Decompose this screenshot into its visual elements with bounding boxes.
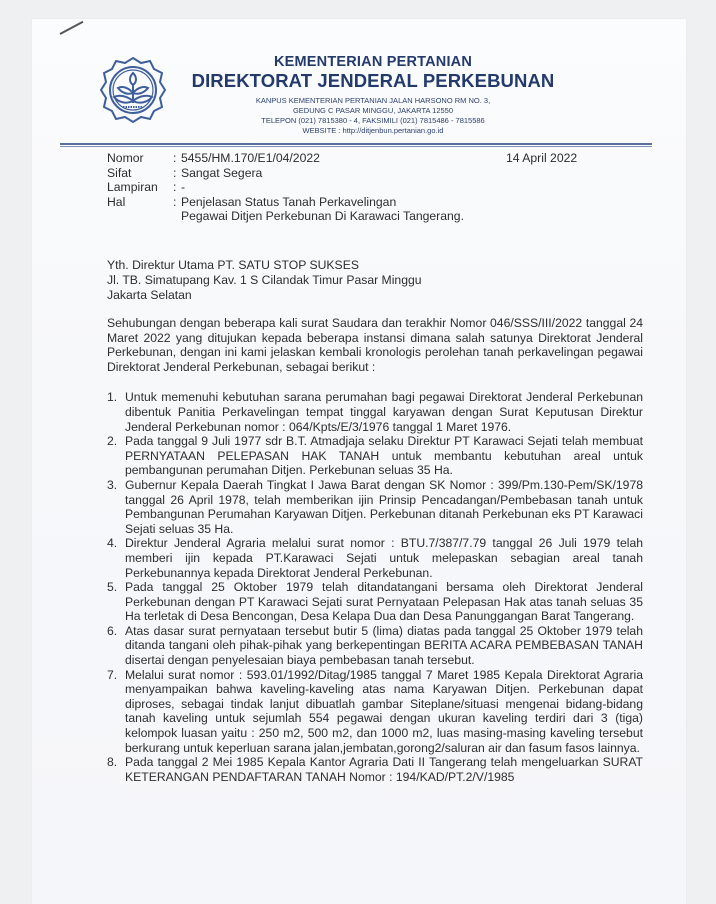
item-number: 3. <box>107 478 125 536</box>
item-text: Direktur Jenderal Agraria melalui surat … <box>125 536 643 580</box>
item-text: Pada tanggal 2 Mei 1985 Kepala Kantor Ag… <box>125 755 643 784</box>
list-item: 2.Pada tanggal 9 Juli 1977 sdr B.T. Atma… <box>107 434 643 478</box>
list-item: 8.Pada tanggal 2 Mei 1985 Kepala Kantor … <box>107 755 643 784</box>
item-number: 6. <box>107 624 125 668</box>
item-text: Melalui surat nomor : 593.01/1992/Ditag/… <box>125 668 643 756</box>
item-number: 1. <box>107 390 125 434</box>
letter-meta: Nomor:5455/HM.170/E1/04/2022 Sifat:Sanga… <box>107 151 464 224</box>
ministry-emblem-icon <box>98 55 168 125</box>
item-text: Atas dasar surat pernyataan tersebut but… <box>125 624 643 668</box>
item-number: 7. <box>107 668 125 756</box>
addressee-block: Yth. Direktur Utama PT. SATU STOP SUKSES… <box>107 258 422 303</box>
hal-value: Penjelasan Status Tanah Perkavelingan <box>181 195 396 210</box>
list-item: 1.Untuk memenuhi kebutuhan sarana peruma… <box>107 390 643 434</box>
address-line: GEDUNG C PASAR MINGGU, JAKARTA 12550 <box>190 106 556 116</box>
intro-paragraph: Sehubungan dengan beberapa kali surat Sa… <box>107 316 643 374</box>
item-number: 4. <box>107 536 125 580</box>
phone-line: TELEPON (021) 7815380 - 4, FAKSIMILI (02… <box>190 116 556 126</box>
lampiran-label: Lampiran <box>107 180 173 195</box>
hal-value-cont: Pegawai Ditjen Perkebunan Di Karawaci Ta… <box>181 209 464 224</box>
list-item: 6.Atas dasar surat pernyataan tersebut b… <box>107 624 643 668</box>
list-item: 3.Gubernur Kepala Daerah Tingkat I Jawa … <box>107 478 643 536</box>
item-number: 8. <box>107 755 125 784</box>
department-name: DIREKTORAT JENDERAL PERKEBUNAN <box>190 70 556 92</box>
item-number: 2. <box>107 434 125 478</box>
sifat-label: Sifat <box>107 166 173 181</box>
addressee-city: Jakarta Selatan <box>107 288 422 303</box>
ministry-name: KEMENTERIAN PERTANIAN <box>190 54 556 70</box>
sifat-value: Sangat Segera <box>181 166 262 181</box>
website-line: WEBSITE : http://ditjenbun.pertanian.go.… <box>190 126 556 136</box>
letter-date: 14 April 2022 <box>506 151 577 165</box>
address-line: KANPUS KEMENTERIAN PERTANIAN JALAN HARSO… <box>190 96 556 106</box>
header-divider <box>60 143 652 147</box>
letterhead: KEMENTERIAN PERTANIAN DIREKTORAT JENDERA… <box>190 54 556 136</box>
nomor-label: Nomor <box>107 151 173 166</box>
chronology-list: 1.Untuk memenuhi kebutuhan sarana peruma… <box>107 390 643 784</box>
item-number: 5. <box>107 580 125 624</box>
addressee-name: Yth. Direktur Utama PT. SATU STOP SUKSES <box>107 258 422 273</box>
item-text: Pada tanggal 25 Oktober 1979 telah ditan… <box>125 580 643 624</box>
list-item: 7.Melalui surat nomor : 593.01/1992/Dita… <box>107 668 643 756</box>
letter-body: Sehubungan dengan beberapa kali surat Sa… <box>107 316 643 784</box>
list-item: 5.Pada tanggal 25 Oktober 1979 telah dit… <box>107 580 643 624</box>
item-text: Gubernur Kepala Daerah Tingkat I Jawa Ba… <box>125 478 643 536</box>
item-text: Pada tanggal 9 Juli 1977 sdr B.T. Atmadj… <box>125 434 643 478</box>
hal-label: Hal <box>107 195 173 210</box>
lampiran-value: - <box>181 180 185 195</box>
nomor-value: 5455/HM.170/E1/04/2022 <box>181 151 320 166</box>
list-item: 4.Direktur Jenderal Agraria melalui sura… <box>107 536 643 580</box>
addressee-street: Jl. TB. Simatupang Kav. 1 S Cilandak Tim… <box>107 273 422 288</box>
item-text: Untuk memenuhi kebutuhan sarana perumaha… <box>125 390 643 434</box>
